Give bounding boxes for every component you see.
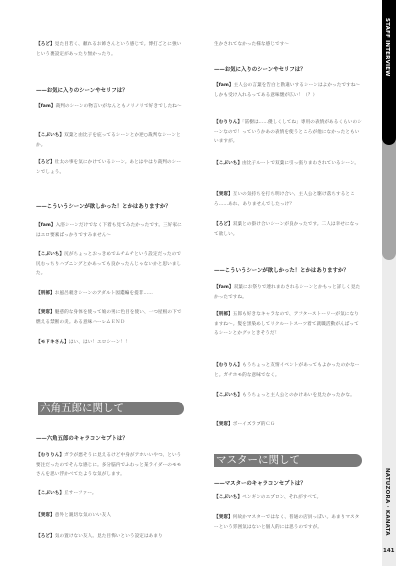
question-heading: ——お気に入りのシーンやセリフは？: [36, 86, 128, 94]
speaker-name: 【実窓】: [36, 310, 55, 315]
speaker-name: 【ろど】: [36, 534, 55, 539]
interview-answer: 【刑部】五郎も好きなキャラなので、アフターストーリーが気になりますね〜。髪を黒染…: [214, 310, 362, 339]
answer-text: 裁判のシーンの物言いがなんともノリノリで好きでしたね〜: [56, 104, 182, 109]
interview-answer: 【むりりん】もうちょっと友情イベントがあってもよかったのかなーと。ガチホモ的な意…: [214, 361, 362, 380]
interview-answer: 【こぶいち】もうちょっと主人公とのかけあいを見たかったかな。: [214, 391, 362, 401]
speaker-name: 【こぶいち】: [36, 252, 64, 257]
answer-text: 主人公の言葉を告白と勘違いするシーンはよかったですね〜 しかも受け入れるってある…: [214, 83, 365, 98]
interview-answer: 生かされてなかった様な感じです〜: [214, 40, 362, 50]
speaker-name: 【fam】: [36, 223, 56, 228]
speaker-name: 【むりりん】: [36, 453, 64, 458]
answer-text: ボーイズラブ的ＣＧ: [233, 422, 275, 427]
answer-text: 双葉にお祭りで連れまわされるシーンとかもっと詳しく見たかったですね。: [214, 285, 360, 300]
speaker-name: 【こぶいち】: [214, 495, 242, 500]
interview-answer: 【こぶいち】丘サーファー。: [36, 489, 184, 499]
section-label: STAFF INTERVIEW: [384, 18, 390, 77]
interview-answer: 【こぶいち】双葉と由比子を庇ってるシーンとか逆○裁判なシーンとか。: [36, 131, 184, 150]
interview-answer: 【fam】双葉にお祭りで連れまわされるシーンとかもっと詳しく見たかったですね。: [214, 283, 362, 302]
answer-text: 双葉との掛け合いシーンが良かったです。二人は幸せになって欲しい。: [214, 222, 359, 237]
answer-text: 見た目若く、頼れるお姉さんという感じで。博打ごとに強いという裏設定があったり無か…: [36, 42, 181, 57]
speaker-name: 【こぶいち】: [36, 133, 64, 138]
question-heading: ——こういうシーンが欲しかった！とかはありますか？: [36, 202, 171, 210]
interview-answer: 【ろど】壮太の事を気にかけているシーン。あとはやはり裁判のシーンでしょう。: [36, 158, 184, 177]
speaker-name: 【刑部】: [36, 291, 55, 296]
interview-answer: 【ろど】見た目若く、頼れるお姉さんという感じで。博打ごとに強いという裏設定があっ…: [36, 40, 184, 59]
speaker-name: 【ろど】: [36, 42, 55, 47]
interview-answer: 【fam】裁判のシーンの物言いがなんともノリノリで好きでしたね〜: [36, 102, 184, 112]
speaker-name: 【実窓】: [36, 513, 55, 518]
speaker-name: 【こぶいち】: [36, 491, 64, 496]
answer-text: もうちょっと主人公とのかけあいを見たかったかな。: [242, 393, 355, 398]
interview-answer: 【むりりん】「冨樹は……優しくしてね」専用の表情があるくらいのシーンなので！って…: [214, 118, 362, 147]
speaker-name: 【こぶいち】: [214, 161, 242, 166]
question-heading: ——六角五郎のキャラコンセプトは？: [36, 434, 128, 442]
speaker-name: 【fam】: [36, 104, 56, 109]
interview-answer: 【むりりん】ガラが悪そうに見えるけど中身がアホいいやつ、という要注だったのでそん…: [36, 451, 184, 480]
answer-text: 魅惑的な身体を使って娘の男に色目を使い、一つ屋根の下で燃える禁断の炎。ある意味ハ…: [36, 310, 182, 325]
speaker-name: 【ろど】: [36, 160, 55, 165]
interview-answer: 【ろど】気の置けない友人。見た目怖いという設定はあまり: [36, 532, 184, 542]
answer-text: 壮太の事を気にかけているシーン。あとはやはり裁判のシーンでしょう。: [36, 160, 181, 175]
answer-text: 生かされてなかった様な感じです〜: [214, 42, 289, 47]
section-banner: マスターに関して: [214, 454, 362, 467]
answer-text: はい、はい！エロシーン！！: [69, 340, 130, 345]
answer-text: 気の置けない友人。見た目怖いという設定はあまり: [55, 534, 163, 539]
answer-text: 何故かマスターではなく、普通の店員っぽい。あまりマスターという雰囲気はないと個人…: [214, 515, 359, 530]
speaker-name: 【fam】: [214, 285, 234, 290]
interview-answer: 【fam】入浴シーンだけでなく下着も見てみたかったです。三好家にはエロ要素ばっか…: [36, 221, 184, 240]
speaker-name: 【刑部】: [214, 312, 233, 317]
interview-answer: 【刑部】お風呂覗きシーンのアダルト図鑑編を提非……: [36, 289, 184, 299]
interview-answer: 【モドキさん】はい、はい！エロシーン！！: [36, 338, 184, 348]
page-number: 141: [383, 548, 394, 554]
interview-answer: 【実窓】魅惑的な身体を使って娘の男に色目を使い、一つ屋根の下で燃える禁断の炎。あ…: [36, 308, 184, 327]
interview-answer: 【こぶいち】ペンギンのエプロン、それがすべて。: [214, 493, 362, 503]
question-heading: ——お気に入りのシーンやセリフは？: [214, 65, 306, 73]
interview-answer: 【実窓】意外と親切な気のいい友人: [36, 511, 184, 521]
speaker-name: 【fam】: [214, 83, 234, 88]
speaker-name: 【実窓】: [214, 515, 233, 520]
question-heading: ——こういうシーンが欲しかった！とかはありますか？: [214, 266, 349, 274]
answer-text: お風呂覗きシーンのアダルト図鑑編を提非……: [55, 291, 153, 296]
speaker-name: 【実窓】: [214, 192, 233, 197]
interview-answer: 【こぶいち】尻がちょっとおっきめでムチムチという設定だったので尻むっちりハプニン…: [36, 250, 184, 279]
interview-answer: 【fam】主人公の言葉を告白と勘違いするシーンはよかったですね〜 しかも受け入れ…: [214, 81, 362, 100]
interview-answer: 【実窓】何故かマスターではなく、普通の店員っぽい。あまりマスターという雰囲気はな…: [214, 513, 362, 532]
speaker-name: 【ろど】: [214, 222, 233, 227]
author-label: NATUZORA · KANATA: [384, 468, 390, 536]
side-tab-gray: [382, 130, 396, 260]
speaker-name: 【モドキさん】: [36, 340, 69, 345]
interview-answer: 【こぶいち】由比子ルートで双葉に引っ張りまわされているシーン。: [214, 159, 362, 169]
answer-text: 入浴シーンだけでなく下着も見てみたかったです。三好家にはエロ要素ばっかりですみま…: [36, 223, 182, 238]
answer-text: ペンギンのエプロン、それがすべて。: [242, 495, 321, 500]
answer-text: 意外と親切な気のいい友人: [55, 513, 111, 518]
section-banner: 六角五郎に関して: [38, 402, 184, 415]
answer-text: 互いの気持ちを打ち明け合い、主人公と駆け落ちするところ……あれ、ありませんでした…: [214, 192, 355, 207]
answer-text: 由比子ルートで双葉に引っ張りまわされているシーン。: [242, 161, 359, 166]
answer-text: 丘サーファー。: [64, 491, 96, 496]
speaker-name: 【こぶいち】: [214, 393, 242, 398]
interview-answer: 【実窓】ボーイズラブ的ＣＧ: [214, 420, 362, 430]
speaker-name: 【むりりん】: [214, 363, 242, 368]
question-heading: ——マスターのキャラコンセプトは？: [214, 479, 306, 487]
interview-answer: 【ろど】双葉との掛け合いシーンが良かったです。二人は幸せになって欲しい。: [214, 220, 362, 239]
answer-text: 五郎も好きなキャラなので、アフターストーリーが気になりますね〜。髪を黒染めしてリ…: [214, 312, 359, 336]
speaker-name: 【むりりん】: [214, 120, 242, 125]
interview-answer: 【実窓】互いの気持ちを打ち明け合い、主人公と駆け落ちするところ……あれ、ありませ…: [214, 190, 362, 209]
speaker-name: 【実窓】: [214, 422, 233, 427]
